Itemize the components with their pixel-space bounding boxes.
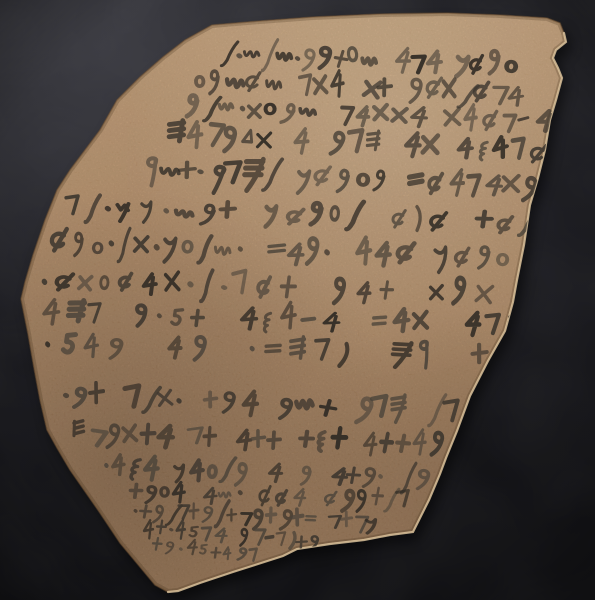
inscription-glyph [224, 287, 225, 288]
inscription-glyph [156, 247, 157, 248]
inscription-glyph [327, 252, 328, 253]
inscription-glyph [240, 249, 241, 250]
inscription-glyph [380, 476, 381, 477]
inscription-glyph [240, 492, 241, 493]
inscription-glyph [44, 281, 45, 282]
inscription-glyph [239, 55, 240, 56]
inscription-glyph [106, 465, 107, 466]
inscription-glyph [171, 529, 172, 530]
inscription-glyph [107, 208, 108, 209]
inscription-glyph [135, 511, 136, 512]
inscription-glyph [47, 344, 48, 345]
inscription-glyph [190, 526, 198, 536]
photo-frame [0, 0, 595, 600]
inscription-glyph [179, 400, 180, 401]
inscription-glyph [200, 171, 201, 172]
inscription-glyph [190, 284, 191, 285]
ostracon-photo [0, 0, 595, 600]
inscription-glyph [111, 243, 112, 244]
inscription-glyph [302, 318, 314, 320]
inscription-glyph [66, 395, 67, 396]
inscription-glyph [166, 210, 167, 211]
inscription-glyph [159, 315, 160, 316]
inscription-glyph [169, 120, 184, 141]
inscription-glyph [200, 544, 207, 554]
inscription-glyph [266, 536, 273, 538]
inscription-glyph [297, 58, 298, 59]
inscription-glyph [252, 348, 253, 349]
inscription-glyph [242, 108, 243, 109]
